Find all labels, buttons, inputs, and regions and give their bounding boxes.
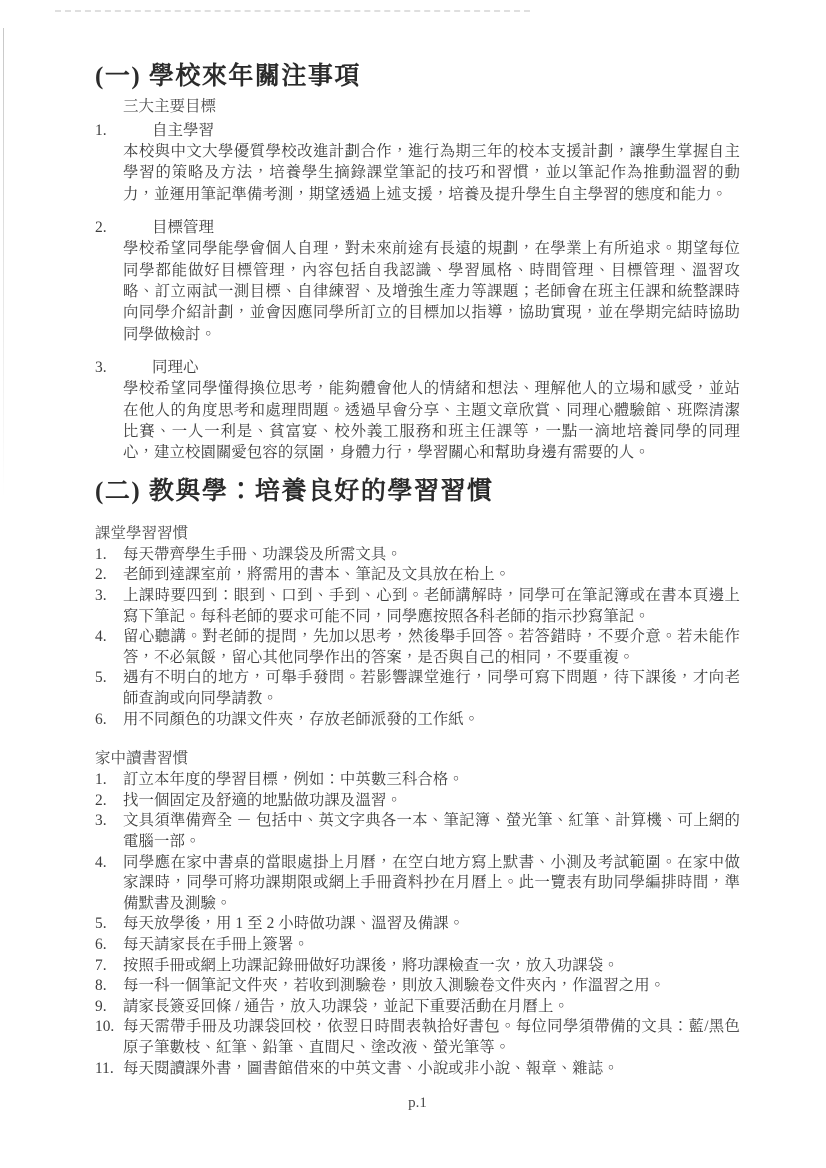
item-number: 1. <box>95 770 123 791</box>
goal-body: 學校希望同學懂得換位思考，能夠體會他人的情緒和想法、理解他人的立場和感受，並站在… <box>123 378 740 464</box>
goal-body: 本校與中文大學優質學校改進計劃合作，進行為期三年的校本支援計劃，讓學生掌握自主學… <box>123 141 740 205</box>
goal-title: 自主學習 <box>152 120 214 141</box>
scan-artifact-left-edge <box>3 28 4 498</box>
item-number: 5. <box>95 668 123 709</box>
item-text: 每天需帶手冊及功課袋回校，依翌日時間表執拾好書包。每位同學須帶備的文具：藍/黑色… <box>123 1017 740 1058</box>
goal-body: 學校希望同學能學會個人自理，對未來前途有長遠的規劃，在學業上有所追求。期望每位同… <box>123 238 740 345</box>
list-item: 8. 每一科一個筆記文件夾，若收到測驗卷，則放入測驗卷文件夾內，作溫習之用。 <box>95 976 740 997</box>
item-number: 4. <box>95 853 123 915</box>
list-item: 11. 每天閱讀課外書，圖書館借來的中英文書、小說或非小說、報章、雜誌。 <box>95 1059 740 1080</box>
item-text: 按照手冊或網上功課記錄冊做好功課後，將功課檢查一次，放入功課袋。 <box>123 956 740 977</box>
item-text: 遇有不明白的地方，可舉手發問。若影響課堂進行，同學可寫下問題，待下課後，才向老師… <box>123 668 740 709</box>
classroom-habits-list: 1. 每天帶齊學生手冊、功課袋及所需文具。 2. 老師到達課室前，將需用的書本、… <box>95 545 740 730</box>
list-item: 1. 每天帶齊學生手冊、功課袋及所需文具。 <box>95 545 740 566</box>
item-text: 同學應在家中書桌的當眼處掛上月曆，在空白地方寫上默書、小測及考試範圍。在家中做家… <box>123 853 740 915</box>
list-item: 5. 遇有不明白的地方，可舉手發問。若影響課堂進行，同學可寫下問題，待下課後，才… <box>95 668 740 709</box>
item-number: 8. <box>95 976 123 997</box>
list-item: 6. 用不同顏色的功課文件夾，存放老師派發的工作紙。 <box>95 710 740 731</box>
item-number: 6. <box>95 710 123 731</box>
item-number: 3. <box>95 811 123 852</box>
item-text: 留心聽講。對老師的提問，先加以思考，然後舉手回答。若答錯時，不要介意。若未能作答… <box>123 627 740 668</box>
list-item: 4. 留心聽講。對老師的提問，先加以思考，然後舉手回答。若答錯時，不要介意。若未… <box>95 627 740 668</box>
list-item: 6. 每天請家長在手冊上簽署。 <box>95 935 740 956</box>
section-1-heading: (一) 學校來年關注事項 <box>95 60 740 93</box>
home-habits-title: 家中讀書習慣 <box>95 748 740 769</box>
item-text: 每天帶齊學生手冊、功課袋及所需文具。 <box>123 545 740 566</box>
home-habits-list: 1. 訂立本年度的學習目標，例如：中英數三科合格。 2. 找一個固定及舒適的地點… <box>95 770 740 1079</box>
three-goals-subtitle: 三大主要目標 <box>123 96 740 117</box>
item-number: 9. <box>95 997 123 1018</box>
item-text: 老師到達課室前，將需用的書本、筆記及文具放在枱上。 <box>123 565 740 586</box>
item-number: 5. <box>95 914 123 935</box>
item-text: 每一科一個筆記文件夾，若收到測驗卷，則放入測驗卷文件夾內，作溫習之用。 <box>123 976 740 997</box>
item-number: 3. <box>95 586 123 627</box>
item-number: 2. <box>95 565 123 586</box>
goal-title: 目標管理 <box>152 217 214 238</box>
item-text: 用不同顏色的功課文件夾，存放老師派發的工作紙。 <box>123 710 740 731</box>
page-number: p.1 <box>95 1095 740 1112</box>
goal-head: 2. 目標管理 <box>95 217 740 238</box>
item-text: 每天閱讀課外書，圖書館借來的中英文書、小說或非小說、報章、雜誌。 <box>123 1059 740 1080</box>
goal-item-empathy: 3. 同理心 學校希望同學懂得換位思考，能夠體會他人的情緒和想法、理解他人的立場… <box>95 357 740 464</box>
item-number: 4. <box>95 627 123 668</box>
list-item: 2. 找一個固定及舒適的地點做功課及溫習。 <box>95 791 740 812</box>
item-text: 文具須準備齊全 － 包括中、英文字典各一本、筆記簿、螢光筆、紅筆、計算機、可上網… <box>123 811 740 852</box>
goal-head: 3. 同理心 <box>95 357 740 378</box>
list-item: 5. 每天放學後，用 1 至 2 小時做功課、溫習及備課。 <box>95 914 740 935</box>
item-number: 6. <box>95 935 123 956</box>
item-text: 上課時要四到：眼到、口到、手到、心到。老師講解時，同學可在筆記簿或在書本頁邊上寫… <box>123 586 740 627</box>
item-text: 訂立本年度的學習目標，例如：中英數三科合格。 <box>123 770 740 791</box>
goal-title: 同理心 <box>152 357 199 378</box>
list-item: 9. 請家長簽妥回條 / 通告，放入功課袋，並記下重要活動在月曆上。 <box>95 997 740 1018</box>
item-number: 10. <box>95 1017 123 1058</box>
section-2-heading: (二) 教與學：培養良好的學習習慣 <box>95 475 740 508</box>
item-number: 2. <box>95 791 123 812</box>
list-item: 7. 按照手冊或網上功課記錄冊做好功課後，將功課檢查一次，放入功課袋。 <box>95 956 740 977</box>
list-item: 10. 每天需帶手冊及功課袋回校，依翌日時間表執拾好書包。每位同學須帶備的文具：… <box>95 1017 740 1058</box>
item-number: 11. <box>95 1059 123 1080</box>
list-item: 3. 文具須準備齊全 － 包括中、英文字典各一本、筆記簿、螢光筆、紅筆、計算機、… <box>95 811 740 852</box>
scan-artifact-top-edge <box>55 10 530 12</box>
document-content: (一) 學校來年關注事項 三大主要目標 1. 自主學習 本校與中文大學優質學校改… <box>95 60 740 1112</box>
goal-item-self-learning: 1. 自主學習 本校與中文大學優質學校改進計劃合作，進行為期三年的校本支援計劃，… <box>95 120 740 205</box>
item-text: 每天放學後，用 1 至 2 小時做功課、溫習及備課。 <box>123 914 740 935</box>
goal-number: 2. <box>95 217 152 238</box>
goal-number: 3. <box>95 357 152 378</box>
document-page: (一) 學校來年關注事項 三大主要目標 1. 自主學習 本校與中文大學優質學校改… <box>0 0 826 1168</box>
goal-item-goal-management: 2. 目標管理 學校希望同學能學會個人自理，對未來前途有長遠的規劃，在學業上有所… <box>95 217 740 345</box>
item-text: 請家長簽妥回條 / 通告，放入功課袋，並記下重要活動在月曆上。 <box>123 997 740 1018</box>
list-item: 3. 上課時要四到：眼到、口到、手到、心到。老師講解時，同學可在筆記簿或在書本頁… <box>95 586 740 627</box>
goal-number: 1. <box>95 120 152 141</box>
classroom-habits-title: 課堂學習習慣 <box>95 523 740 544</box>
item-number: 1. <box>95 545 123 566</box>
list-item: 2. 老師到達課室前，將需用的書本、筆記及文具放在枱上。 <box>95 565 740 586</box>
list-item: 4. 同學應在家中書桌的當眼處掛上月曆，在空白地方寫上默書、小測及考試範圍。在家… <box>95 853 740 915</box>
item-text: 每天請家長在手冊上簽署。 <box>123 935 740 956</box>
item-number: 7. <box>95 956 123 977</box>
item-text: 找一個固定及舒適的地點做功課及溫習。 <box>123 791 740 812</box>
goal-head: 1. 自主學習 <box>95 120 740 141</box>
list-item: 1. 訂立本年度的學習目標，例如：中英數三科合格。 <box>95 770 740 791</box>
